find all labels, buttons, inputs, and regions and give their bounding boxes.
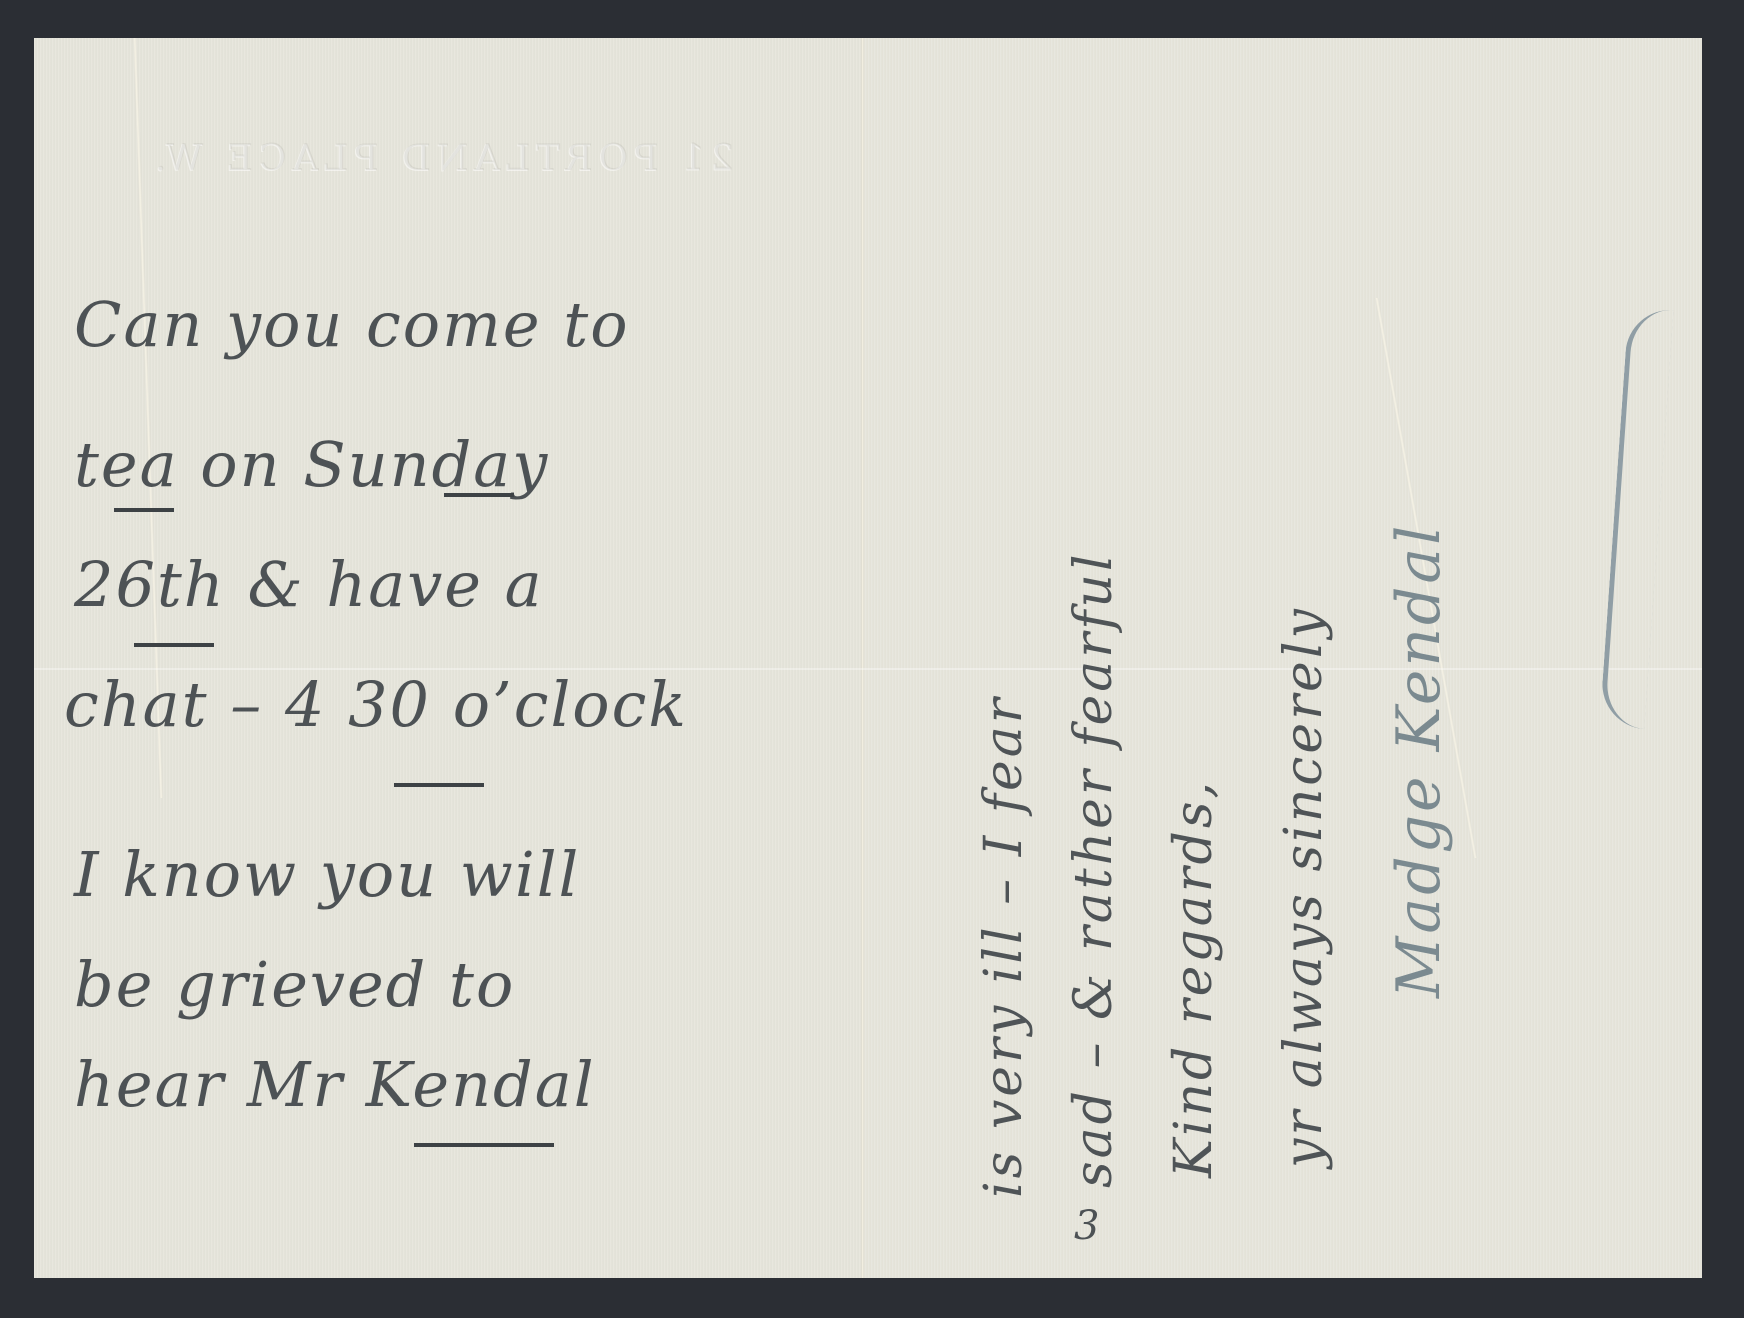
letter-line-4: chat – 4 30 o’clock bbox=[64, 668, 688, 741]
underline-26th bbox=[134, 643, 214, 647]
letter-line-2: tea on Sunday bbox=[74, 428, 549, 501]
underline-name bbox=[414, 1143, 554, 1147]
underline-tea bbox=[114, 508, 174, 512]
page-mark: 3 bbox=[1074, 1203, 1099, 1249]
letterhead-emboss: 21 PORTLAND PLACE W. bbox=[94, 138, 734, 178]
letter-line-5: I know you will bbox=[74, 838, 580, 911]
underline-sunday bbox=[444, 493, 514, 497]
letter-sheet: 21 PORTLAND PLACE W. Can you come to tea… bbox=[34, 38, 1702, 1278]
signature: Madge Kendal bbox=[1384, 523, 1454, 998]
letter-line-3: 26th & have a bbox=[74, 548, 544, 621]
letter-line-11: yr always sincerely bbox=[1274, 606, 1334, 1168]
underline-time bbox=[394, 783, 484, 787]
letter-line-10: Kind regards, bbox=[1164, 779, 1224, 1178]
letter-line-8: is very ill – I fear bbox=[974, 695, 1034, 1198]
letter-line-1: Can you come to bbox=[74, 288, 630, 361]
letter-line-9: sad – & rather fearful bbox=[1064, 551, 1124, 1188]
letter-line-7: hear Mr Kendal bbox=[74, 1048, 596, 1121]
center-fold bbox=[861, 38, 864, 1278]
scanned-letter: 21 PORTLAND PLACE W. Can you come to tea… bbox=[0, 0, 1744, 1318]
letter-line-6: be grieved to bbox=[74, 948, 515, 1021]
